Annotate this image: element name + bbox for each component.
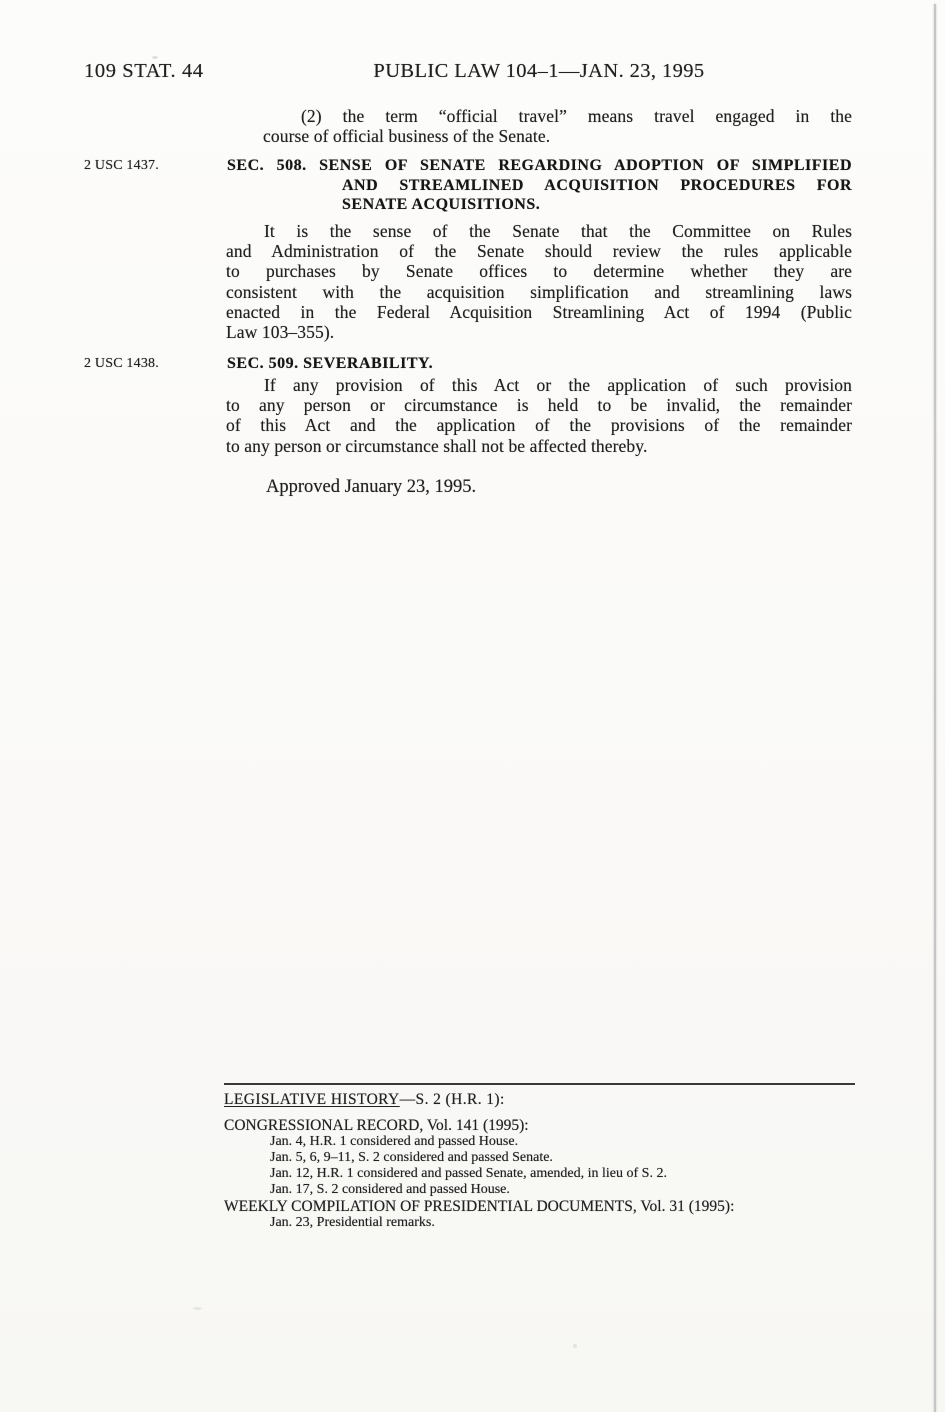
margin-note-usc-1437: 2 USC 1437. — [84, 158, 159, 174]
weekly-compilation-heading: WEEKLY COMPILATION OF PRESIDENTIAL DOCUM… — [224, 1198, 855, 1215]
legislative-history-title: LEGISLATIVE HISTORY—S. 2 (H.R. 1): — [224, 1091, 855, 1109]
legislative-history: LEGISLATIVE HISTORY—S. 2 (H.R. 1): CONGR… — [224, 1083, 855, 1231]
heading-line: AND STREAMLINED ACQUISITION PROCEDURES F… — [227, 176, 852, 196]
section-509-body: If any provision of this Act or the appl… — [226, 375, 852, 456]
approval-line: Approved January 23, 1995. — [226, 477, 852, 498]
text-line: It is the sense of the Senate that the C… — [226, 221, 852, 241]
text-line: If any provision of this Act or the appl… — [226, 375, 852, 395]
congressional-record-entries: Jan. 4, H.R. 1 considered and passed Hou… — [224, 1134, 855, 1198]
text-line: and Administration of the Senate should … — [226, 241, 852, 261]
section-509-heading: SEC. 509. SEVERABILITY. — [227, 354, 852, 374]
history-entry: Jan. 12, H.R. 1 considered and passed Se… — [224, 1166, 855, 1182]
section-508-heading: SEC. 508. SENSE OF SENATE REGARDING ADOP… — [227, 156, 852, 215]
text-line: to any person or circumstance shall not … — [226, 436, 852, 456]
text-line: consistent with the acquisition simplifi… — [226, 282, 852, 302]
page-edge-line — [934, 4, 936, 1412]
text-line: Law 103–355). — [226, 322, 852, 342]
stat-page-number: 109 STAT. 44 — [84, 60, 204, 83]
heading-line: SENATE ACQUISITIONS. — [227, 195, 852, 215]
scanned-statute-page: 109 STAT. 44 PUBLIC LAW 104–1—JAN. 23, 1… — [0, 0, 945, 1412]
legislative-history-title-underlined: LEGISLATIVE HISTORY — [224, 1091, 400, 1108]
scan-artifact — [573, 1344, 577, 1348]
weekly-compilation-entries: Jan. 23, Presidential remarks. — [224, 1215, 855, 1231]
text-line: enacted in the Federal Acquisition Strea… — [226, 302, 852, 322]
text-line: to any person or circumstance is held to… — [226, 395, 852, 415]
text-line: (2) the term “official travel” means tra… — [263, 106, 852, 126]
legislative-history-rule — [224, 1083, 855, 1085]
legislative-history-bill-reference: —S. 2 (H.R. 1): — [400, 1091, 505, 1108]
congressional-record-heading: CONGRESSIONAL RECORD, Vol. 141 (1995): — [224, 1117, 855, 1134]
margin-note-usc-1438: 2 USC 1438. — [84, 356, 159, 372]
official-travel-clause: (2) the term “official travel” means tra… — [263, 106, 852, 146]
heading-line: SEC. 508. SENSE OF SENATE REGARDING ADOP… — [227, 156, 852, 176]
text-line: of this Act and the application of the p… — [226, 415, 852, 435]
scan-artifact — [152, 56, 158, 59]
text-line: course of official business of the Senat… — [263, 126, 852, 146]
history-entry: Jan. 4, H.R. 1 considered and passed Hou… — [224, 1134, 855, 1150]
history-entry: Jan. 5, 6, 9–11, S. 2 considered and pas… — [224, 1150, 855, 1166]
scan-artifact — [193, 1307, 202, 1310]
section-508-body: It is the sense of the Senate that the C… — [226, 221, 852, 342]
heading-line: SEC. 509. SEVERABILITY. — [227, 354, 852, 374]
history-entry: Jan. 23, Presidential remarks. — [224, 1215, 855, 1231]
history-entry: Jan. 17, S. 2 considered and passed Hous… — [224, 1182, 855, 1198]
text-line: to purchases by Senate offices to determ… — [226, 261, 852, 281]
running-head-law-title: PUBLIC LAW 104–1—JAN. 23, 1995 — [226, 60, 852, 83]
